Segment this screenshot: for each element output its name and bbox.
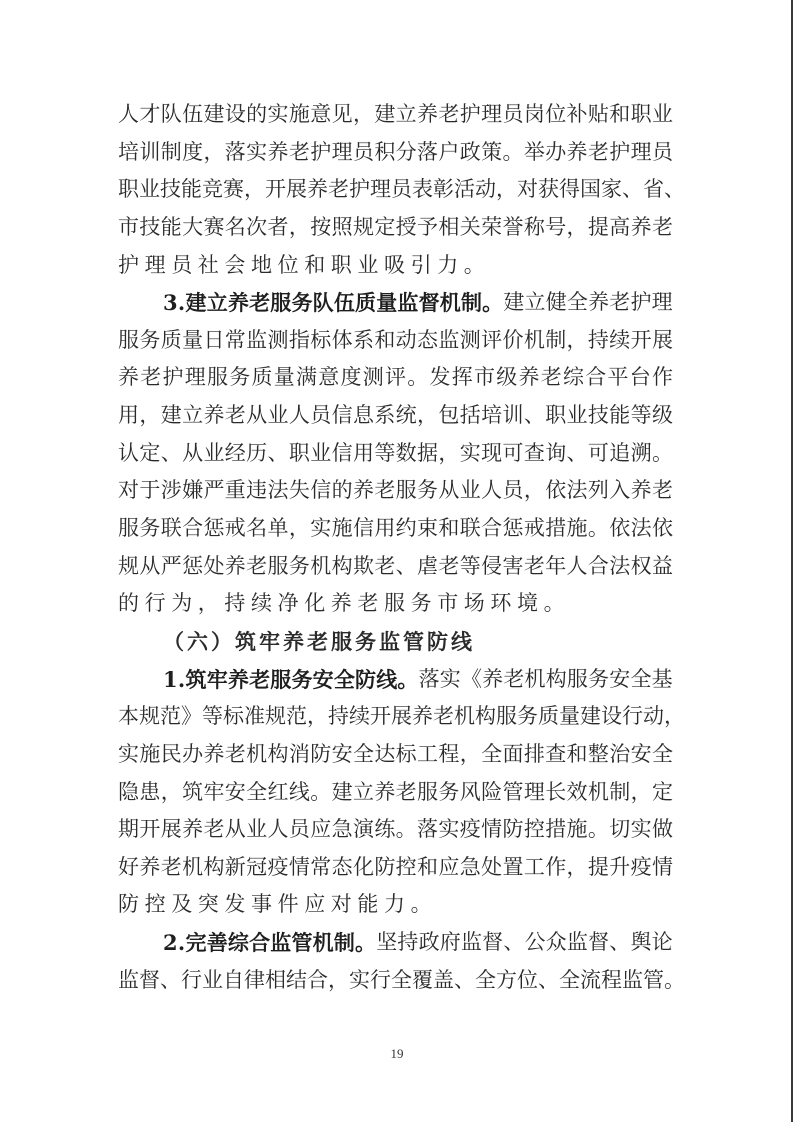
page-number: 19 xyxy=(0,1046,794,1062)
text-line: 对于涉嫌严重违法失信的养老服务从业人员，依法列入养老 xyxy=(118,472,673,510)
page-edge-border xyxy=(791,0,793,1122)
numbered-paragraph-first-line: 1. 筑牢养老服务安全防线。落实《养老机构服务安全基 xyxy=(118,661,673,699)
text-line: 实施民办养老机构消防安全达标工程，全面排查和整治安全 xyxy=(118,736,673,774)
text-line: 防控及突发事件应对能力。 xyxy=(118,886,673,924)
text-line: 监督、行业自律相结合，实行全覆盖、全方位、全流程监管。 xyxy=(118,962,673,1000)
text-line: 期开展养老从业人员应急演练。落实疫情防控措施。切实做 xyxy=(118,811,673,849)
document-page: 人才队伍建设的实施意见，建立养老护理员岗位补贴和职业 培训制度，落实养老护理员积… xyxy=(118,96,673,999)
text-line: 隐患，筑牢安全红线。建立养老服务风险管理长效机制，定 xyxy=(118,774,673,812)
numbered-paragraph-first-line: 3. 建立养老服务队伍质量监督机制。建立健全养老护理 xyxy=(118,284,673,322)
text-line: 规从严惩处养老服务机构欺老、虐老等侵害老年人合法权益 xyxy=(118,548,673,586)
text-line: 好养老机构新冠疫情常态化防控和应急处置工作，提升疫情 xyxy=(118,849,673,887)
text-line: 市技能大赛名次者，按照规定授予相关荣誉称号，提高养老 xyxy=(118,209,673,247)
text-line: 认定、从业经历、职业信用等数据，实现可查询、可追溯。 xyxy=(118,435,673,473)
text-line: 护理员社会地位和职业吸引力。 xyxy=(118,247,673,285)
text-line: 用，建立养老从业人员信息系统，包括培训、职业技能等级 xyxy=(118,397,673,435)
text-line: 养老护理服务质量满意度测评。发挥市级养老综合平台作 xyxy=(118,359,673,397)
text-line: 职业技能竞赛，开展养老护理员表彰活动，对获得国家、省、 xyxy=(118,171,673,209)
numbered-paragraph-first-line: 2. 完善综合监管机制。坚持政府监督、公众监督、舆论 xyxy=(118,924,673,962)
text-line: 本规范》等标准规范，持续开展养老机构服务质量建设行动， xyxy=(118,698,673,736)
text-line: 人才队伍建设的实施意见，建立养老护理员岗位补贴和职业 xyxy=(118,96,673,134)
text-line: 的行为，持续净化养老服务市场环境。 xyxy=(118,585,673,623)
text-line: 服务质量日常监测指标体系和动态监测评价机制，持续开展 xyxy=(118,322,673,360)
text-line: 服务联合惩戒名单，实施信用约束和联合惩戒措施。依法依 xyxy=(118,510,673,548)
text-line: 培训制度，落实养老护理员积分落户政策。举办养老护理员 xyxy=(118,134,673,172)
section-heading: （六）筑牢养老服务监管防线 xyxy=(118,623,673,661)
